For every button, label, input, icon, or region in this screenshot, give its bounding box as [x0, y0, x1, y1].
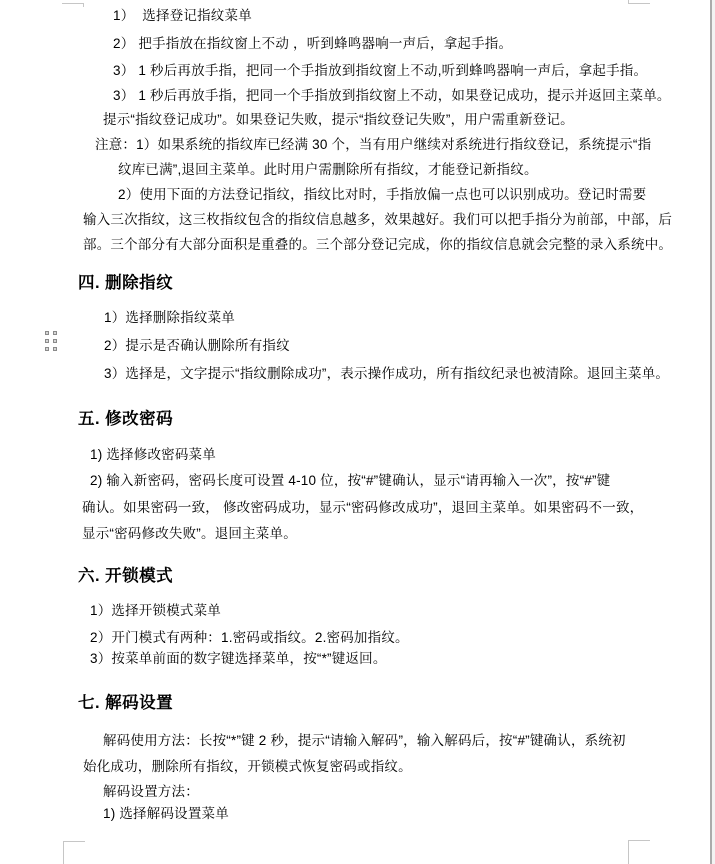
doc-line: 部。三个部分有大部分面积是重叠的。三个部分登记完成，你的指纹信息就会完整的录入系… — [83, 237, 672, 253]
margin-mark-top-right-icon — [628, 0, 650, 4]
doc-line: 注意：1）如果系统的指纹库已经满 30 个，当有用户继续对系统进行指纹登记，系统… — [95, 137, 651, 153]
doc-line: 确认。如果密码一致， 修改密码成功，显示“密码修改成功”，退回主菜单。如果密码不… — [82, 500, 643, 516]
section-heading: 五. 修改密码 — [78, 411, 173, 427]
doc-line: 2） 把手指放在指纹窗上不动 ，听到蜂鸣器响一声后，拿起手指。 — [113, 36, 512, 52]
paragraph-drag-handle-icon[interactable] — [45, 331, 59, 354]
doc-line: 1）选择删除指纹菜单 — [104, 310, 235, 326]
doc-line: 1）选择开锁模式菜单 — [90, 603, 221, 619]
doc-line: 1） 选择登记指纹菜单 — [113, 8, 252, 24]
margin-mark-bottom-left-icon — [63, 841, 85, 864]
drag-dot — [45, 347, 49, 351]
doc-line: 输入三次指纹，这三枚指纹包含的指纹信息越多，效果越好。我们可以把手指分为前部，中… — [83, 212, 672, 228]
doc-line: 解码使用方法：长按“*”键 2 秒，提示“请输入解码”，输入解码后，按“#”键确… — [103, 733, 626, 749]
doc-line: 2）开门模式有两种：1.密码或指纹。2.密码加指纹。 — [90, 630, 409, 646]
margin-mark-bottom-right-icon — [628, 840, 650, 864]
section-heading: 六. 开锁模式 — [78, 568, 173, 584]
doc-line: 始化成功，删除所有指纹，开锁模式恢复密码或指纹。 — [83, 759, 412, 775]
drag-dot — [53, 347, 57, 351]
drag-dot — [45, 339, 49, 343]
doc-line: 1) 选择解码设置菜单 — [103, 806, 229, 822]
doc-line: 2）提示是否确认删除所有指纹 — [104, 338, 290, 354]
section-heading: 七. 解码设置 — [78, 695, 173, 711]
doc-line: 解码设置方法： — [103, 784, 199, 800]
drag-dot — [45, 331, 49, 335]
doc-line: 2) 输入新密码，密码长度可设置 4-10 位，按“#”键确认，显示“请再输入一… — [90, 473, 610, 489]
drag-dot — [53, 331, 57, 335]
section-heading: 四. 删除指纹 — [78, 275, 173, 291]
doc-line: 2）使用下面的方法登记指纹，指纹比对时，手指放偏一点也可以识别成功。登记时需要 — [118, 187, 646, 203]
doc-line: 3） 1 秒后再放手指，把同一个手指放到指纹窗上不动，如果登记成功，提示并返回主… — [113, 88, 671, 104]
drag-dot — [53, 339, 57, 343]
doc-line: 1) 选择修改密码菜单 — [90, 447, 216, 463]
doc-line: 显示“密码修改失败”。退回主菜单。 — [82, 526, 297, 542]
document-page: 1） 选择登记指纹菜单2） 把手指放在指纹窗上不动 ，听到蜂鸣器响一声后，拿起手… — [0, 0, 712, 864]
doc-line: 3）按菜单前面的数字键选择菜单，按“*”键返回。 — [90, 651, 387, 667]
doc-line: 纹库已满”,退回主菜单。此时用户需删除所有指纹，才能登记新指纹。 — [118, 162, 538, 178]
doc-line: 3）选择是，文字提示“指纹删除成功”，表示操作成功，所有指纹纪录也被清除。退回主… — [104, 366, 669, 382]
doc-line: 提示“指纹登记成功”。如果登记失败，提示“指纹登记失败”，用户需重新登记。 — [103, 112, 574, 128]
margin-mark-top-left-icon — [62, 3, 84, 7]
doc-line: 3） 1 秒后再放手指，把同一个手指放到指纹窗上不动,听到蜂鸣器响一声后，拿起手… — [113, 63, 647, 79]
